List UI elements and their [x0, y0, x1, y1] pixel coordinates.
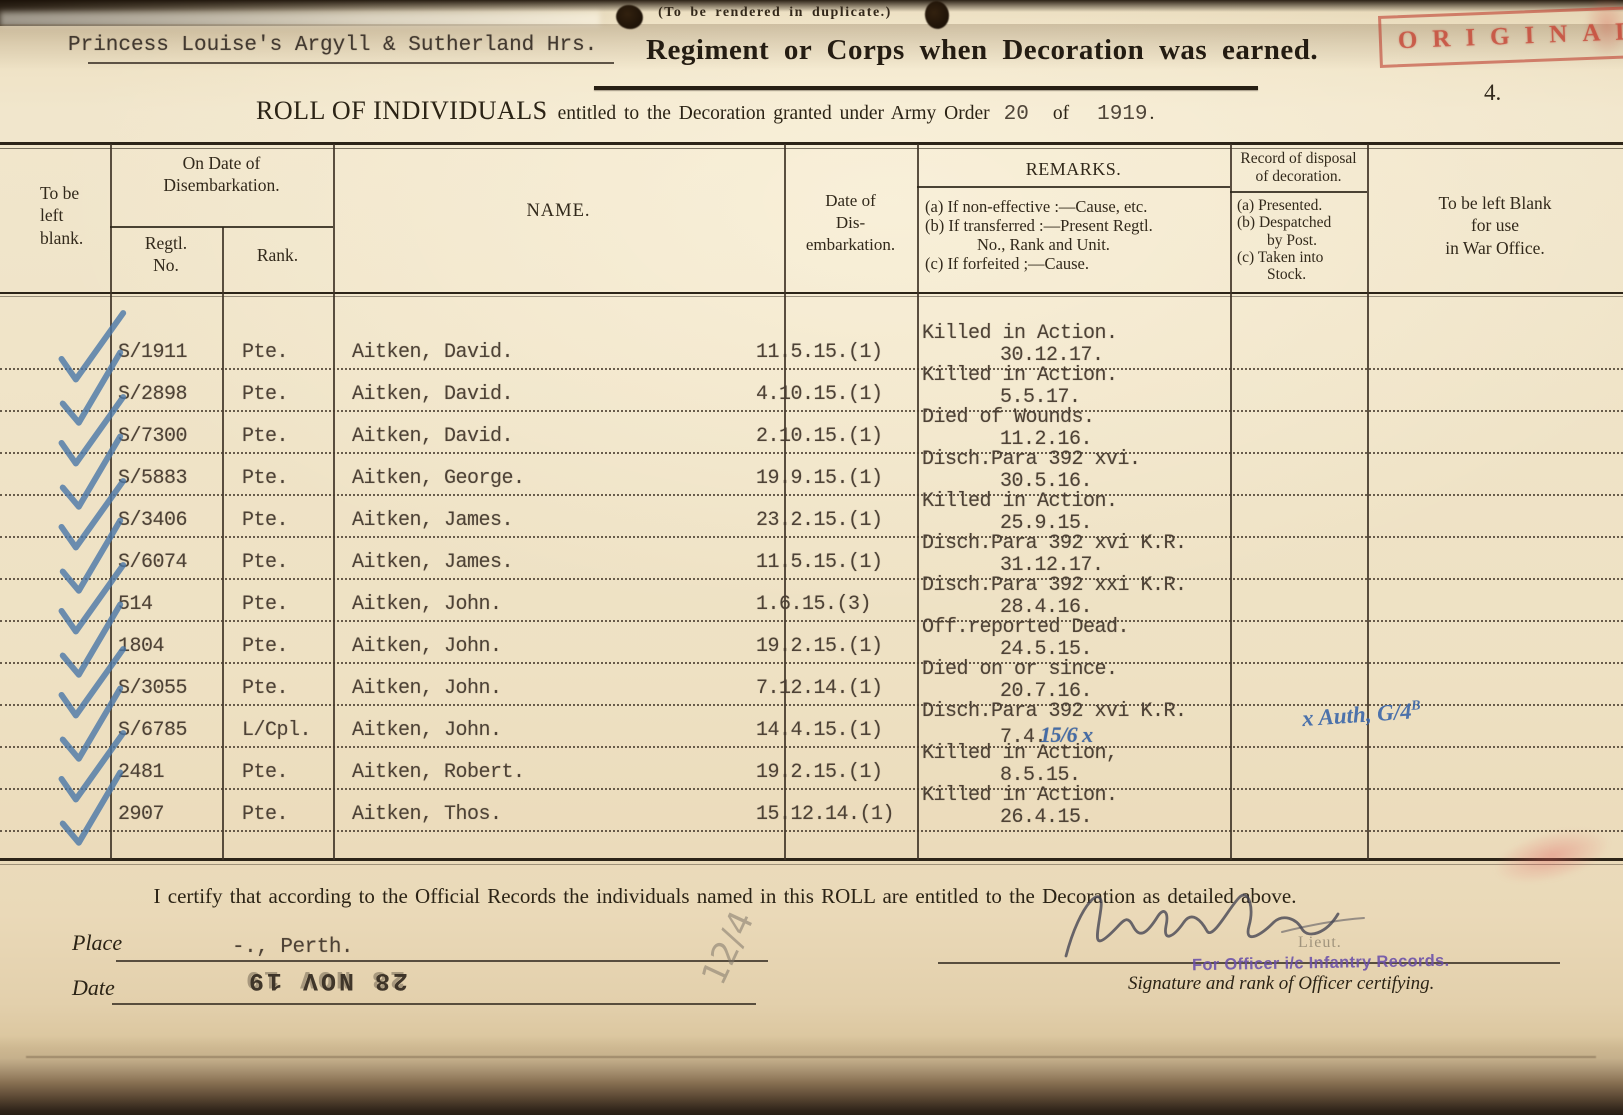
cell-remark-cause: Disch.Para 392 xxi K.R. [922, 574, 1187, 597]
cell-remark-cause: Killed in Action. [922, 364, 1118, 387]
cell-remark-cause: Disch.Para 392 xvi K.R. [922, 700, 1187, 723]
remarks-legend: (a) If non-effective :—Cause, etc. (b) I… [925, 199, 1231, 275]
cell-rank: Pte. [242, 425, 288, 448]
table-bottom-border-thin [0, 864, 1623, 865]
paper-edge-highlight [0, 12, 600, 27]
roll-subtitle: entitled to the Decoration granted under… [558, 103, 990, 125]
record-legend-c2: Stock. [1237, 267, 1367, 283]
pencil-annotation: 12/4 [694, 905, 763, 991]
cell-rank: Pte. [242, 593, 288, 616]
cell-rank: Pte. [242, 635, 288, 658]
cell-name: Aitken, Thos. [352, 803, 502, 826]
row-separator [0, 452, 1623, 454]
remarks-legend-c: (c) If forfeited ;—Cause. [925, 256, 1231, 273]
place-value: -., Perth. [232, 936, 353, 959]
cell-date: 14.4.15.(1) [756, 719, 883, 742]
cell-remark-cause: Off.reported Dead. [922, 616, 1129, 639]
record-legend-b2: by Post. [1237, 233, 1367, 249]
page-edge-line [26, 1056, 1596, 1058]
cell-regtl-no: 2907 [118, 803, 164, 826]
remarks-legend-b2: No., Rank and Unit. [925, 237, 1231, 254]
remarks-subrule [917, 186, 1230, 188]
cell-rank: Pte. [242, 551, 288, 574]
table-top-border [0, 142, 1623, 145]
cell-remark-cause: Disch.Para 392 xvi. [922, 448, 1141, 471]
cell-name: Aitken, Robert. [352, 761, 525, 784]
row-separator [0, 368, 1623, 370]
original-stamp-text: ORIGINAL [1381, 18, 1623, 56]
signature-caption: Signature and rank of Officer certifying… [1128, 973, 1434, 995]
cell-remark-cause: Died of Wounds. [922, 406, 1095, 429]
cell-date: 19.9.15.(1) [756, 467, 883, 490]
cell-remark-cause: Killed in Action, [922, 742, 1118, 765]
record-legend-c: (c) Taken into [1237, 250, 1367, 266]
cell-remark-cause: Disch.Para 392 xvi K.R. [922, 532, 1187, 555]
end-period: . [1150, 103, 1155, 125]
place-underline [116, 960, 768, 962]
army-order-year: 1919 [1097, 103, 1147, 126]
cell-name: Aitken, James. [352, 551, 513, 574]
col-header-regtl-no: Regtl. No. [110, 232, 222, 277]
page-bottom-edge [0, 1036, 1623, 1115]
table-header-border [0, 292, 1623, 294]
cell-rank: L/Cpl. [242, 719, 311, 742]
cell-date: 11.5.15.(1) [756, 551, 883, 574]
row-separator [0, 578, 1623, 580]
row-separator [0, 746, 1623, 748]
cell-remark-cause: Killed in Action. [922, 490, 1118, 513]
row-separator [0, 662, 1623, 664]
war-office-blue-note: x Auth, G/4B [1301, 698, 1422, 732]
table-bottom-border [0, 858, 1623, 861]
cell-date: 23.2.15.(1) [756, 509, 883, 532]
date-label: Date [72, 975, 115, 1001]
column-divider [222, 227, 224, 860]
row-separator [0, 830, 1623, 832]
cell-name: Aitken, James. [352, 509, 513, 532]
original-stamp: ORIGINAL [1378, 4, 1623, 68]
cell-date: 4.10.15.(1) [756, 383, 883, 406]
cell-date: 2.10.15.(1) [756, 425, 883, 448]
cell-name: Aitken, David. [352, 425, 513, 448]
cell-date: 1.6.15.(3) [756, 593, 871, 616]
row-separator [0, 494, 1623, 496]
row-separator [0, 620, 1623, 622]
cell-name: Aitken, David. [352, 383, 513, 406]
document-scan: (To be rendered in duplicate.) Princess … [0, 0, 1623, 1115]
column-divider [333, 144, 335, 860]
column-divider [917, 144, 919, 860]
col-header-war-office: To be left Blank for use in War Office. [1367, 192, 1623, 259]
cell-name: Aitken, George. [352, 467, 525, 490]
table-top-border-thin [0, 148, 1623, 149]
duplicate-note: (To be rendered in duplicate.) [610, 5, 940, 21]
page-number: 4. [1484, 80, 1501, 106]
remarks-legend-b: (b) If transferred :—Present Regtl. [925, 218, 1231, 235]
place-label: Place [72, 930, 122, 956]
cell-rank: Pte. [242, 803, 288, 826]
army-order-number: 20 [1004, 103, 1029, 126]
cell-name: Aitken, John. [352, 593, 502, 616]
roll-title: ROLL OF INDIVIDUALS [256, 96, 548, 126]
cell-date: 7.12.14.(1) [756, 677, 883, 700]
regiment-typed-value: Princess Louise's Argyll & Sutherland Hr… [68, 34, 597, 57]
col-header-name: NAME. [333, 200, 784, 224]
cell-remark-date: 26.4.15. [1000, 806, 1092, 829]
col-header-on-date: On Date of Disembarkation. [110, 152, 333, 197]
cell-date: 15.12.14.(1) [756, 803, 894, 826]
caption-rule [594, 86, 1258, 90]
cell-name: Aitken, John. [352, 635, 502, 658]
record-subrule [1230, 191, 1367, 193]
row-separator [0, 410, 1623, 412]
col-header-date: Date of Dis- embarkation. [784, 190, 917, 255]
cell-rank: Pte. [242, 383, 288, 406]
row-separator [0, 788, 1623, 790]
col-header-rank: Rank. [222, 244, 333, 266]
cell-rank: Pte. [242, 677, 288, 700]
roll-title-line: ROLL OF INDIVIDUALS entitled to the Deco… [256, 96, 1154, 126]
cell-remark-cause: Killed in Action. [922, 322, 1118, 345]
row-separator [0, 536, 1623, 538]
rank-annotation: Lieut. [1298, 934, 1342, 952]
cell-date: 19.2.15.(1) [756, 761, 883, 784]
cell-date: 11.5.15.(1) [756, 341, 883, 364]
cell-date: 19.2.15.(1) [756, 635, 883, 658]
cell-remark-cause: Killed in Action. [922, 784, 1118, 807]
date-stamp: 28 NOV 19 [246, 966, 408, 995]
record-legend-a: (a) Presented. [1237, 198, 1367, 214]
cell-name: Aitken, David. [352, 341, 513, 364]
cell-name: Aitken, John. [352, 677, 502, 700]
cell-rank: Pte. [242, 509, 288, 532]
date-underline [112, 1003, 756, 1005]
col-header-record: Record of disposal of decoration. [1230, 150, 1367, 186]
remarks-legend-a: (a) If non-effective :—Cause, etc. [925, 199, 1231, 216]
regiment-caption: Regiment or Corps when Decoration was ea… [646, 34, 1318, 67]
record-legend-b: (b) Despatched [1237, 215, 1367, 231]
cell-rank: Pte. [242, 761, 288, 784]
table-header-border-thin [0, 296, 1623, 297]
regiment-underline [88, 62, 614, 64]
cell-name: Aitken, John. [352, 719, 502, 742]
cell-remark-cause: Died on or since. [922, 658, 1118, 681]
record-legend: (a) Presented. (b) Despatched by Post. (… [1237, 198, 1367, 284]
photo-top-left-shadow [0, 0, 620, 26]
cell-rank: Pte. [242, 467, 288, 490]
cell-rank: Pte. [242, 341, 288, 364]
col-header-remarks: REMARKS. [917, 158, 1230, 181]
of-word: of [1053, 103, 1069, 125]
